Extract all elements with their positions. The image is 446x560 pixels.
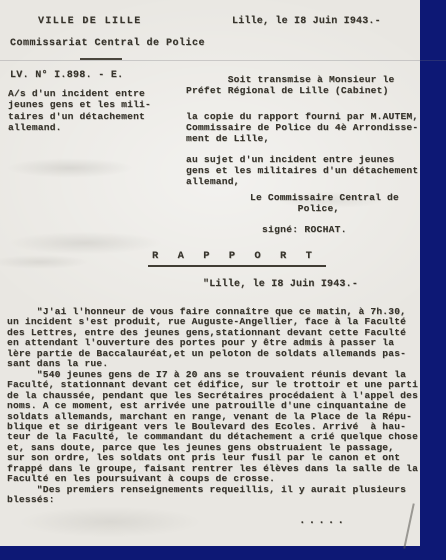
- signatory-title: Le Commissaire Central de Police,: [250, 192, 399, 214]
- signature-line: signé: ROCHAT.: [262, 224, 347, 235]
- letterhead-city: VILLE DE LILLE: [38, 16, 142, 27]
- report-heading-text: R A P P O R T: [148, 250, 326, 267]
- pen-stroke: [403, 503, 414, 548]
- subject-annotation: A/s d'un incident entre jeunes gens et l…: [8, 88, 151, 134]
- paper: VILLE DE LILLE Lille, le I8 Juin I943.- …: [0, 0, 420, 546]
- scanned-document: VILLE DE LILLE Lille, le I8 Juin I943.- …: [0, 0, 446, 560]
- letterhead-rule: [80, 58, 122, 60]
- transmittal-subject: au sujet d'un incident entre jeunes gens…: [186, 154, 418, 188]
- transmittal-addressee: Soit transmise à Monsieur le Préfet Régi…: [186, 74, 395, 96]
- report-dateline: "Lille, le I8 Juin I943.-: [203, 279, 358, 290]
- transmittal-copy-note: la copie du rapport fourni par M.AUTEM, …: [186, 111, 418, 145]
- fold-line: [0, 60, 446, 61]
- report-body: "J'ai l'honneur de vous faire connaître …: [7, 307, 418, 506]
- letterhead-office: Commissariat Central de Police: [10, 38, 205, 49]
- continuation-dots: .....: [299, 515, 347, 527]
- letterhead-dateline: Lille, le I8 Juin I943.-: [232, 16, 381, 27]
- reference-number: LV. N° I.898. - E.: [10, 70, 123, 81]
- report-heading: R A P P O R T: [148, 250, 326, 267]
